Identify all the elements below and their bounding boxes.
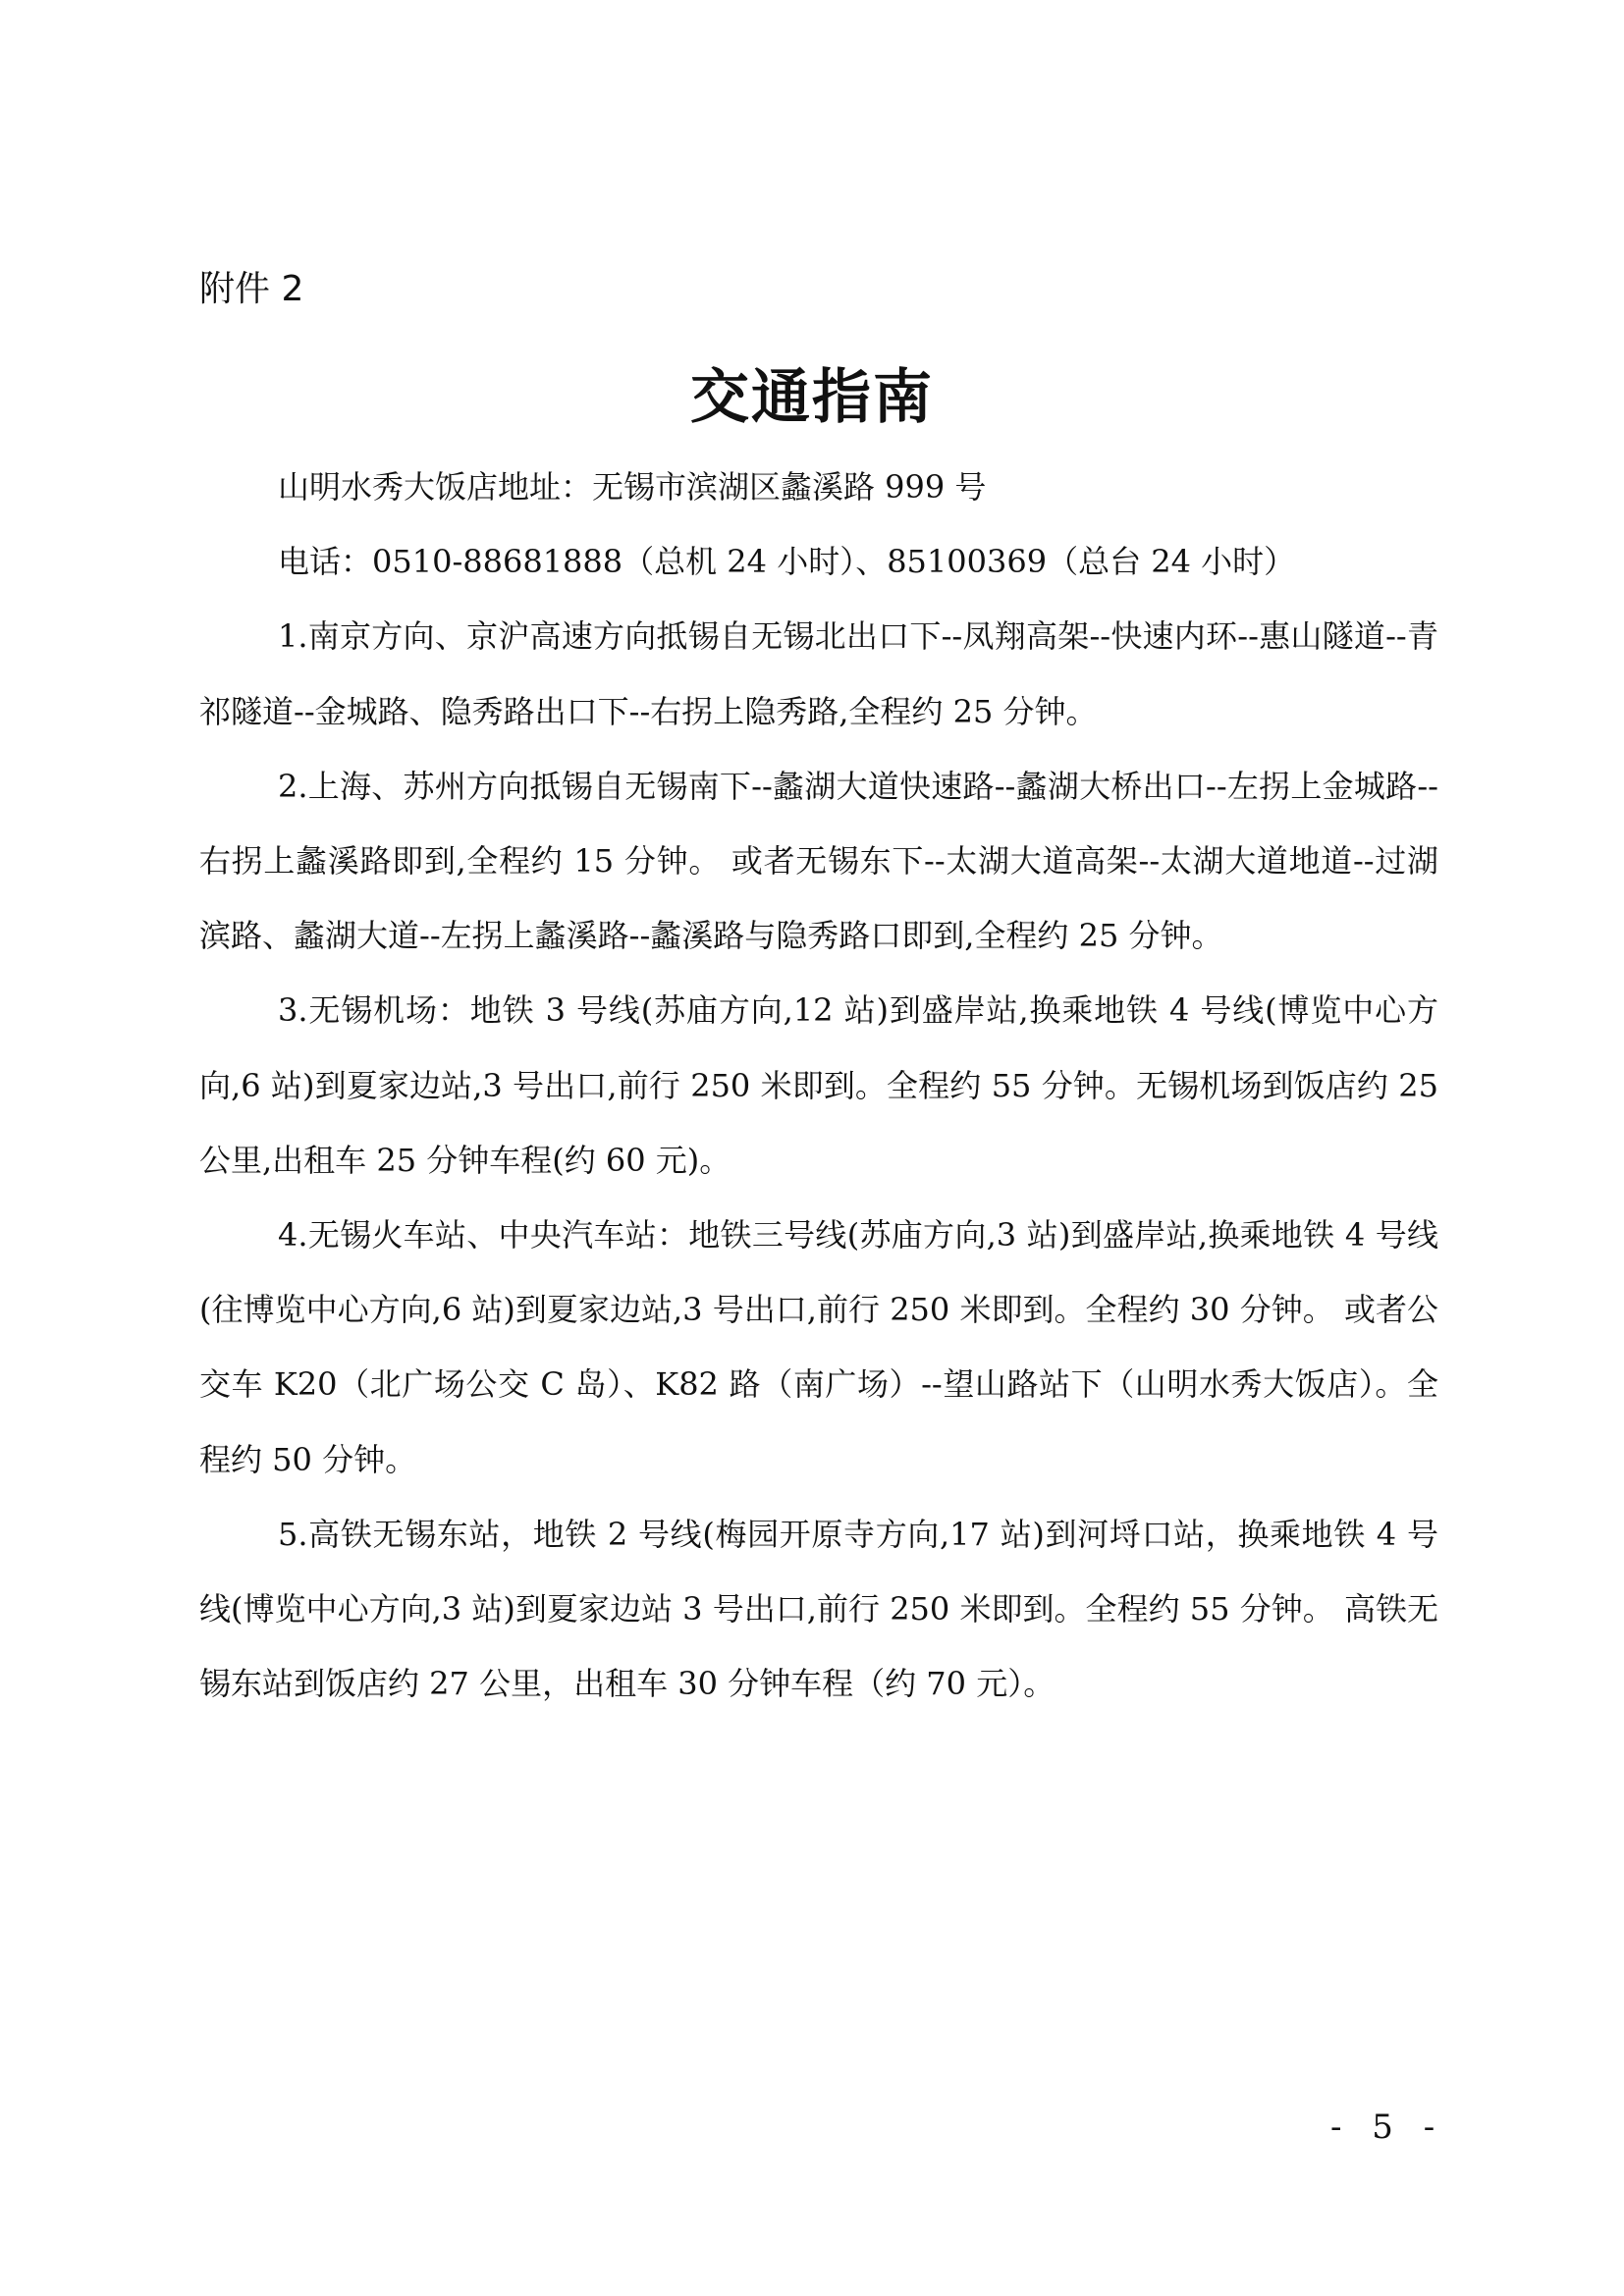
- phone-line: 电话：0510-88681888（总机 24 小时）、85100369（总台 2…: [199, 524, 1438, 599]
- route-item-2: 2.上海、苏州方向抵锡自无锡南下--蠡湖大道快速路--蠡湖大桥出口--左拐上金城…: [199, 749, 1438, 974]
- address-line: 山明水秀大饭店地址：无锡市滨湖区蠡溪路 999 号: [199, 450, 1438, 524]
- route-item-5: 5.高铁无锡东站，地铁 2 号线(梅园开原寺方向,17 站)到河埒口站，换乘地铁…: [199, 1497, 1438, 1722]
- annex-label: 附件 2: [199, 265, 303, 314]
- route-item-3: 3.无锡机场：地铁 3 号线(苏庙方向,12 站)到盛岸站,换乘地铁 4 号线(…: [199, 973, 1438, 1198]
- route-item-4: 4.无锡火车站、中央汽车站：地铁三号线(苏庙方向,3 站)到盛岸站,换乘地铁 4…: [199, 1198, 1438, 1497]
- page-number: - 5 -: [1330, 2106, 1444, 2149]
- route-item-1: 1.南京方向、京沪高速方向抵锡自无锡北出口下--凤翔高架--快速内环--惠山隧道…: [199, 599, 1438, 748]
- document-body: 山明水秀大饭店地址：无锡市滨湖区蠡溪路 999 号 电话：0510-886818…: [199, 450, 1438, 1721]
- page-title: 交通指南: [0, 358, 1624, 437]
